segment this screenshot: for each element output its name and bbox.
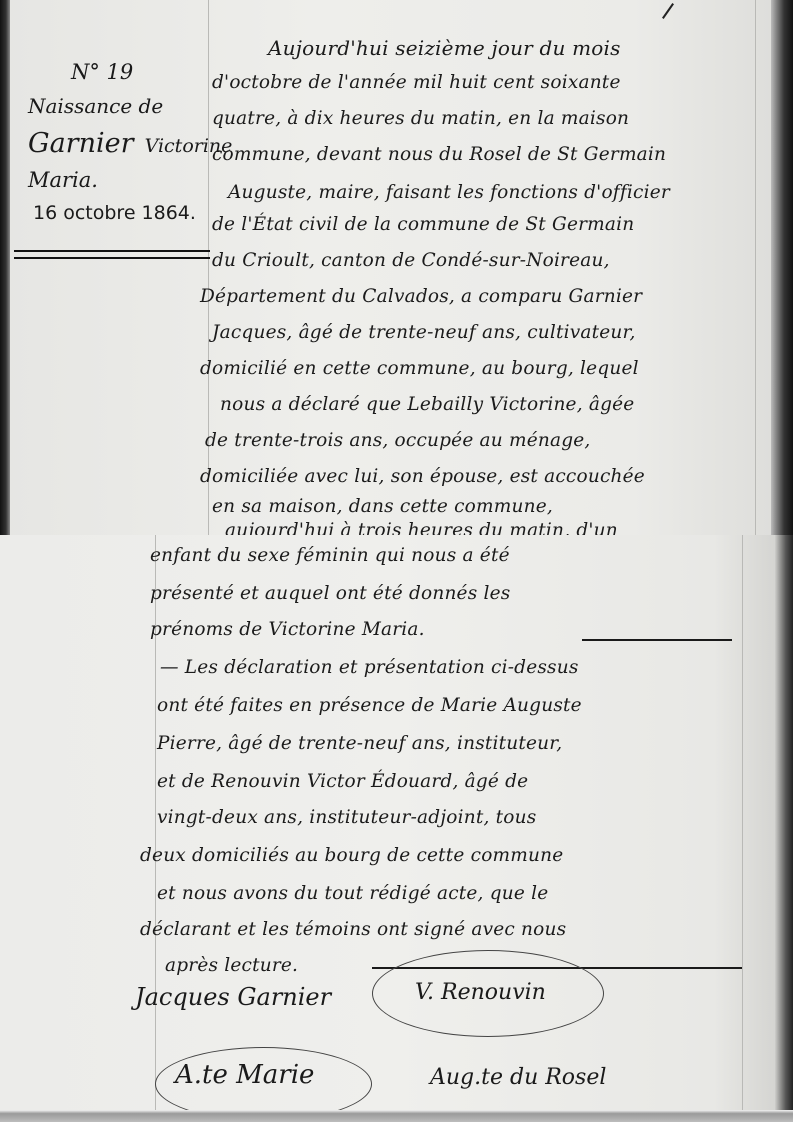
- page-right-edge-shadow: [775, 535, 793, 1110]
- body-line: déclarant et les témoins ont signé avec …: [140, 919, 566, 940]
- register-page-top-scan: N° 19 Naissance de Garnier Victorine Mar…: [0, 0, 793, 535]
- margin-heading: Naissance de: [28, 94, 163, 118]
- body-line: prénoms de Victorine Maria.: [150, 619, 425, 640]
- signature-declarant: Jacques Garnier: [135, 983, 331, 1011]
- body-line: enfant du sexe féminin qui nous a été: [150, 545, 510, 566]
- body-line: Département du Calvados, a comparu Garni…: [200, 286, 642, 307]
- signature-witness-renouvin: V. Renouvin: [415, 980, 546, 1005]
- body-line: Jacques, âgé de trente-neuf ans, cultiva…: [212, 322, 636, 343]
- body-line: — Les déclaration et présentation ci-des…: [160, 657, 579, 678]
- right-rule-line: [742, 535, 743, 1110]
- body-line: aujourd'hui à trois heures du matin, d'u…: [225, 520, 618, 535]
- body-line: présenté et auquel ont été donnés les: [150, 583, 510, 604]
- body-line: domicilié en cette commune, au bourg, le…: [200, 358, 639, 379]
- page-right-edge-shadow: [771, 0, 793, 535]
- body-line: de l'État civil de la commune de St Germ…: [212, 214, 634, 235]
- body-line: ont été faites en présence de Marie Augu…: [157, 695, 582, 716]
- body-line: vingt-deux ans, instituteur-adjoint, tou…: [157, 807, 536, 828]
- body-line: domiciliée avec lui, son épouse, est acc…: [200, 466, 645, 487]
- child-second-given-name: Maria.: [28, 168, 98, 192]
- register-page-bottom-scan: enfant du sexe féminin qui nous a été pr…: [0, 535, 793, 1110]
- margin-rule-line: [208, 0, 209, 535]
- body-line: en sa maison, dans cette commune,: [212, 496, 553, 517]
- margin-double-rule: [14, 250, 210, 259]
- body-line: de trente-trois ans, occupée au ménage,: [205, 430, 590, 451]
- body-line: nous a déclaré que Lebailly Victorine, â…: [220, 394, 634, 415]
- child-name: Garnier Victorine: [28, 128, 232, 159]
- body-line: Auguste, maire, faisant les fonctions d'…: [228, 182, 670, 203]
- body-line: quatre, à dix heures du matin, en la mai…: [212, 108, 629, 129]
- body-line: et de Renouvin Victor Édouard, âgé de: [157, 771, 528, 792]
- signature-witness-marie: A.te Marie: [175, 1060, 314, 1090]
- body-line: après lecture.: [165, 955, 298, 976]
- body-line: d'octobre de l'année mil huit cent soixa…: [212, 72, 621, 93]
- child-surname: Garnier: [28, 128, 133, 159]
- line-fill-dash: [582, 639, 732, 641]
- viewer-bottom-bar: [0, 1110, 793, 1122]
- body-line: Pierre, âgé de trente-neuf ans, institut…: [157, 733, 562, 754]
- birth-date: 16 octobre 1864.: [33, 202, 196, 224]
- body-line: du Crioult, canton de Condé-sur-Noireau,: [212, 250, 610, 271]
- page-binding-edge: [0, 0, 10, 535]
- body-line: deux domiciliés au bourg de cette commun…: [140, 845, 563, 866]
- body-line: Aujourd'hui seizième jour du mois: [268, 36, 621, 60]
- body-line: et nous avons du tout rédigé acte, que l…: [157, 883, 548, 904]
- body-line: commune, devant nous du Rosel de St Germ…: [212, 144, 666, 165]
- right-rule-line: [755, 0, 756, 535]
- ink-stroke-mark: [662, 3, 674, 19]
- entry-number: N° 19: [71, 60, 133, 84]
- signature-mayor: Aug.te du Rosel: [430, 1065, 606, 1090]
